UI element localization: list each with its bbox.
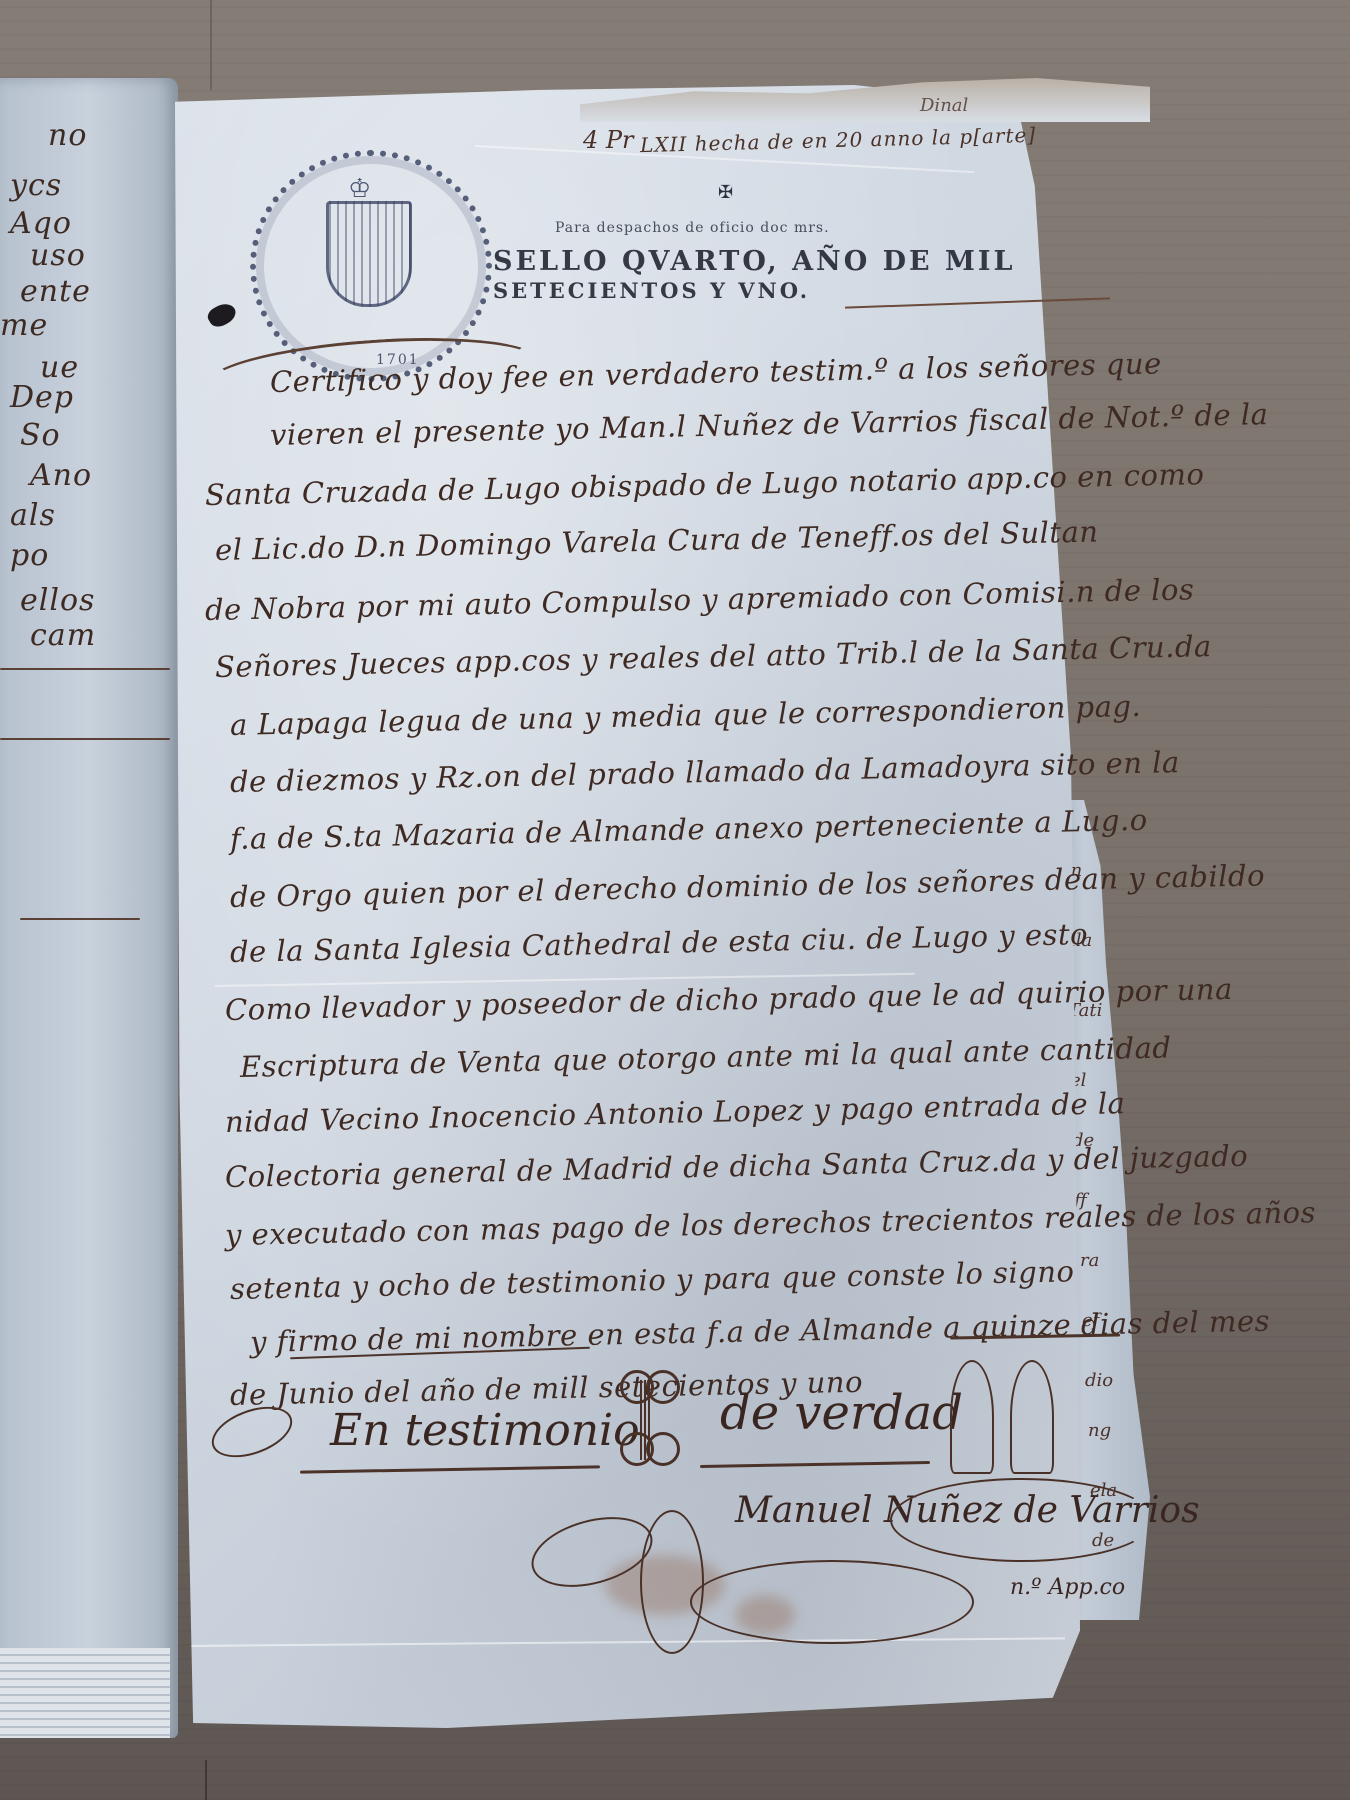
rubric-flourish	[640, 1510, 704, 1654]
left-page-stack-edge	[0, 1648, 170, 1738]
left-page-text: Dep	[10, 380, 74, 415]
left-page-text: no	[48, 118, 87, 153]
left-page-text: cam	[30, 618, 96, 653]
left-page-text: ente	[20, 274, 91, 309]
left-page-text: Aqo	[10, 206, 72, 241]
left-page-text: So	[20, 418, 61, 453]
left-page-rule	[0, 738, 170, 740]
cross-icon: ✠	[718, 182, 733, 203]
left-page-rule	[0, 668, 170, 670]
left-page-text: als	[10, 498, 56, 533]
rubric-flourish	[890, 1478, 1154, 1562]
edge-text: dio	[1085, 1370, 1113, 1391]
left-page-text: me	[0, 308, 48, 343]
left-page-text: ellos	[20, 583, 95, 618]
notary-attestation-signature: En testimonio	[330, 1405, 640, 1456]
header-annotation-upper: Dinal	[920, 95, 968, 116]
left-page-text: uso	[30, 238, 86, 273]
edge-text: ng	[1088, 1420, 1111, 1441]
paper-crease	[185, 1637, 1065, 1647]
stamp-line-1: SELLO QVARTO, AÑO DE MIL	[493, 246, 1016, 277]
header-mark: 4 Pr	[583, 126, 634, 154]
notary-annotation: n.º App.co	[1010, 1575, 1125, 1600]
stamp-line-2: SETECIENTOS Y VNO.	[493, 278, 810, 303]
cardboard-seam	[210, 0, 212, 90]
folded-top-edge	[580, 78, 1150, 122]
left-page-text: ycs	[10, 168, 62, 203]
rubric-flourish	[1010, 1360, 1054, 1474]
cardboard-seam-bottom	[205, 1760, 207, 1800]
crown-icon: ♔	[348, 174, 371, 204]
royal-coat-of-arms-seal-icon	[326, 201, 412, 307]
left-page-text: Ano	[30, 458, 92, 493]
left-page-rule	[20, 918, 140, 920]
edge-text: ra	[1080, 1250, 1099, 1271]
notarial-sign-icon	[610, 1370, 680, 1470]
rubric-flourish	[690, 1560, 974, 1644]
left-page-text: po	[10, 538, 49, 573]
notary-closing-signature: de verdad	[720, 1385, 963, 1441]
left-page-fragment: no ycs Aqo uso ente me ue Dep So Ano als…	[0, 78, 178, 1738]
rubric-flourish	[950, 1360, 994, 1474]
knot-bars	[640, 1380, 652, 1460]
stamp-small-line: Para despachos de oficio doc mrs.	[555, 220, 830, 236]
